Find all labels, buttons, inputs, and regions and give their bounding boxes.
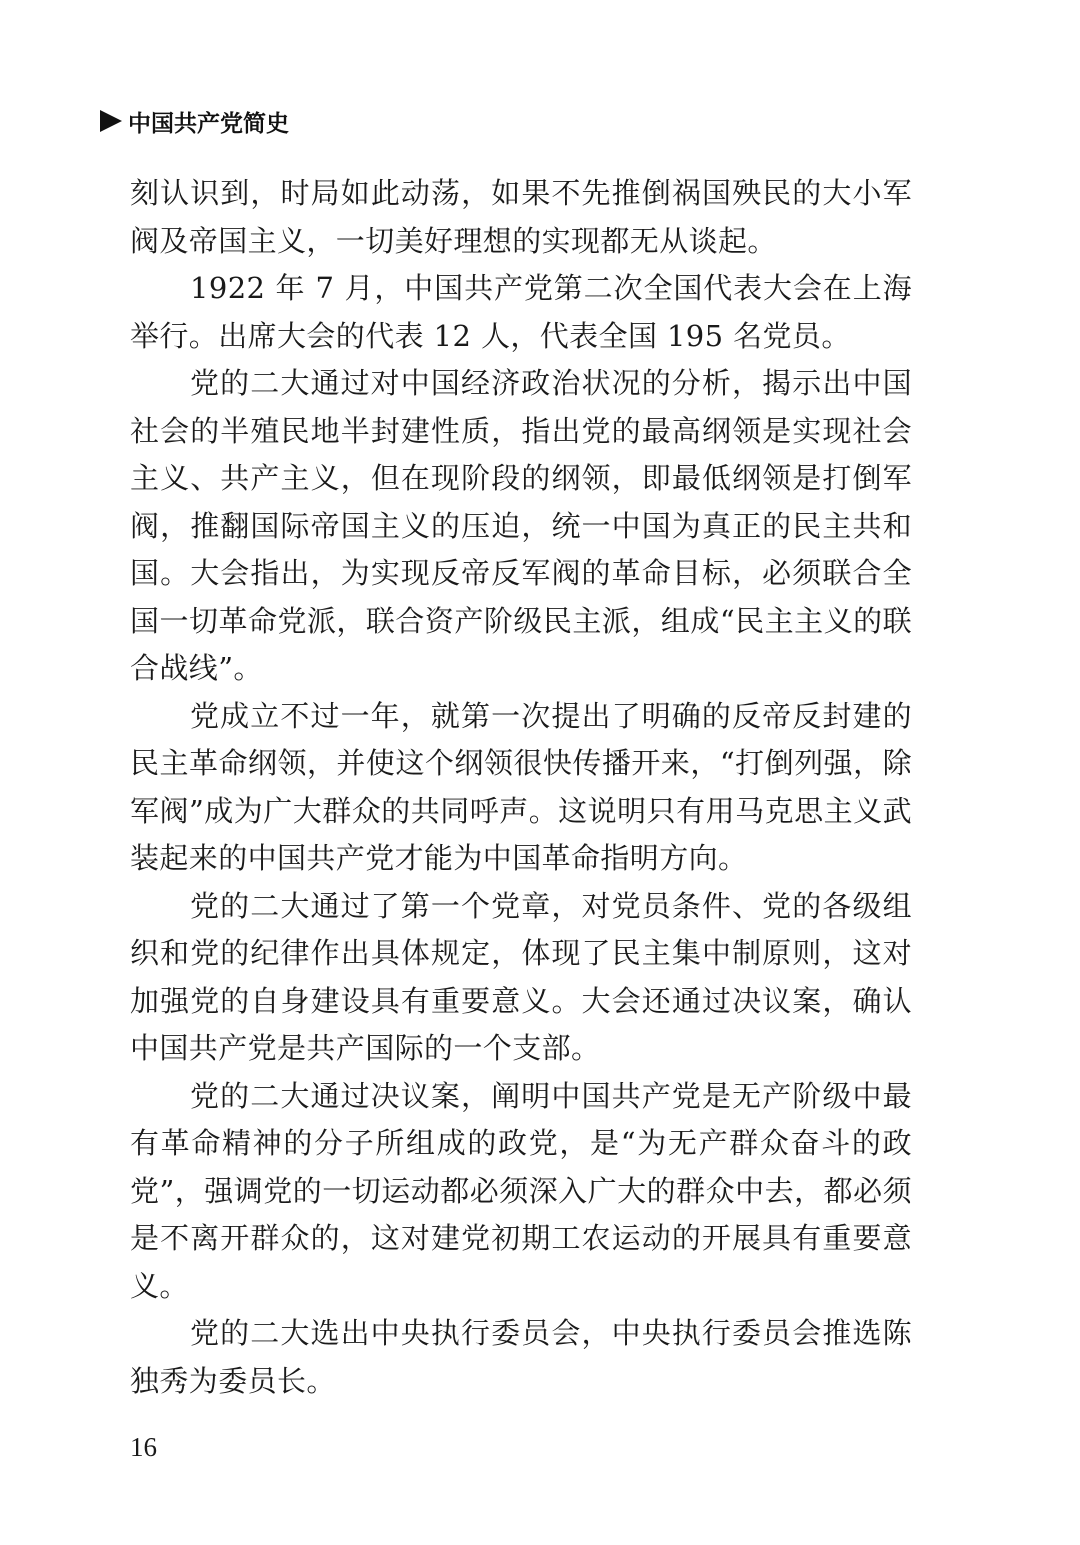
paragraph-program-analysis: 党的二大通过对中国经济政治状况的分析，揭示出中国社会的半殖民地半封建性质，指出党…	[130, 360, 912, 693]
paragraph-first-program: 党成立不过一年，就第一次提出了明确的反帝反封建的民主革命纲领，并使这个纲领很快传…	[130, 693, 912, 883]
paragraph-party-constitution: 党的二大通过了第一个党章，对党员条件、党的各级组织和党的纪律作出具体规定，体现了…	[130, 883, 912, 1073]
paragraph-mass-line: 党的二大通过决议案，阐明中国共产党是无产阶级中最有革命精神的分子所组成的政党，是…	[130, 1073, 912, 1311]
paragraph-continuation: 刻认识到，时局如此动荡，如果不先推倒祸国殃民的大小军阀及帝国主义，一切美好理想的…	[130, 170, 912, 265]
paragraph-second-congress: 1922 年 7 月，中国共产党第二次全国代表大会在上海举行。出席大会的代表 1…	[130, 265, 912, 360]
paragraph-central-committee: 党的二大选出中央执行委员会，中央执行委员会推选陈独秀为委员长。	[130, 1310, 912, 1405]
page-number: 16	[130, 1432, 157, 1463]
body-text: 刻认识到，时局如此动荡，如果不先推倒祸国殃民的大小军阀及帝国主义，一切美好理想的…	[130, 170, 912, 1405]
book-title: 中国共产党简史	[128, 105, 289, 138]
right-triangle-icon	[100, 110, 122, 132]
running-header: 中国共产党简史	[100, 104, 289, 138]
